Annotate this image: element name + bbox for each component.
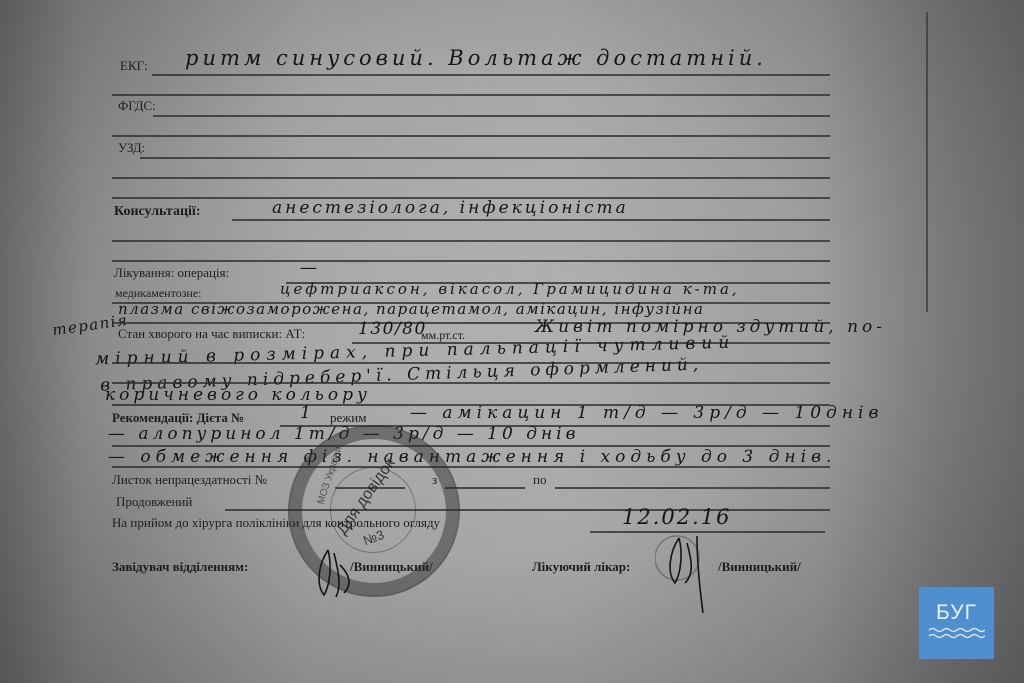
ekg-label: ЕКГ: xyxy=(120,58,148,74)
doctor-signature xyxy=(655,528,725,618)
extended-label: Продовжений xyxy=(116,494,192,510)
rule xyxy=(112,260,830,262)
waves-icon xyxy=(929,627,985,639)
head-of-department-label: Завідувач відділенням: xyxy=(112,559,248,575)
rule xyxy=(112,94,830,96)
uzd-label: УЗД: xyxy=(118,140,145,156)
head-signature xyxy=(310,545,360,600)
uzd-rule xyxy=(140,157,830,159)
logo-text: БУГ xyxy=(936,601,977,625)
medication-line-2: плазма свіжозаморожена, парацетамол, амі… xyxy=(118,300,704,318)
fgds-rule xyxy=(153,115,830,117)
consultations-rule xyxy=(232,219,830,221)
attending-doctor-name: /Винницький/ xyxy=(718,559,801,575)
recommendation-line-3: — обмеження фіз. навантаження і ходьбу д… xyxy=(108,447,836,467)
sick-leave-to-rule xyxy=(555,487,830,489)
treatment-operation-value: — xyxy=(300,258,319,278)
diet-number: 1 xyxy=(300,403,312,423)
condition-line-4: коричневого кольору xyxy=(105,385,371,405)
rule xyxy=(112,240,830,242)
consultations-value: анестезіолога, інфекціоніста xyxy=(272,198,629,218)
sick-leave-to-label: по xyxy=(533,472,546,488)
follow-up-date: 12.02.16 xyxy=(622,505,732,529)
recommendation-line-1: — амікацин 1 т/д — 3р/д — 10днів xyxy=(410,403,883,423)
bug-watermark-logo: БУГ xyxy=(919,587,994,659)
blood-pressure-value: 130/80 xyxy=(358,319,427,339)
consultations-label: Консультації: xyxy=(114,204,200,220)
treatment-medication-label: медикаментозне: xyxy=(115,286,202,301)
ekg-rule xyxy=(152,74,830,76)
medication-line-1: цефтриаксон, вікасол, Грамицидина к-та, xyxy=(280,280,740,298)
sick-leave-label: Листок непрацездатності № xyxy=(112,472,267,488)
rule xyxy=(112,135,830,137)
treatment-operation-label: Лікування: операція: xyxy=(114,265,229,281)
rule xyxy=(112,466,830,468)
attending-doctor-label: Лікуючий лікар: xyxy=(532,559,630,575)
rule xyxy=(112,382,830,384)
ekg-value: ритм синусовий. Вольтаж достатній. xyxy=(185,46,767,70)
rule xyxy=(112,177,830,179)
fgds-label: ФГДС: xyxy=(118,98,156,114)
page-edge xyxy=(926,12,928,312)
condition-label: Стан хворого на час виписки: АТ: xyxy=(118,326,305,342)
